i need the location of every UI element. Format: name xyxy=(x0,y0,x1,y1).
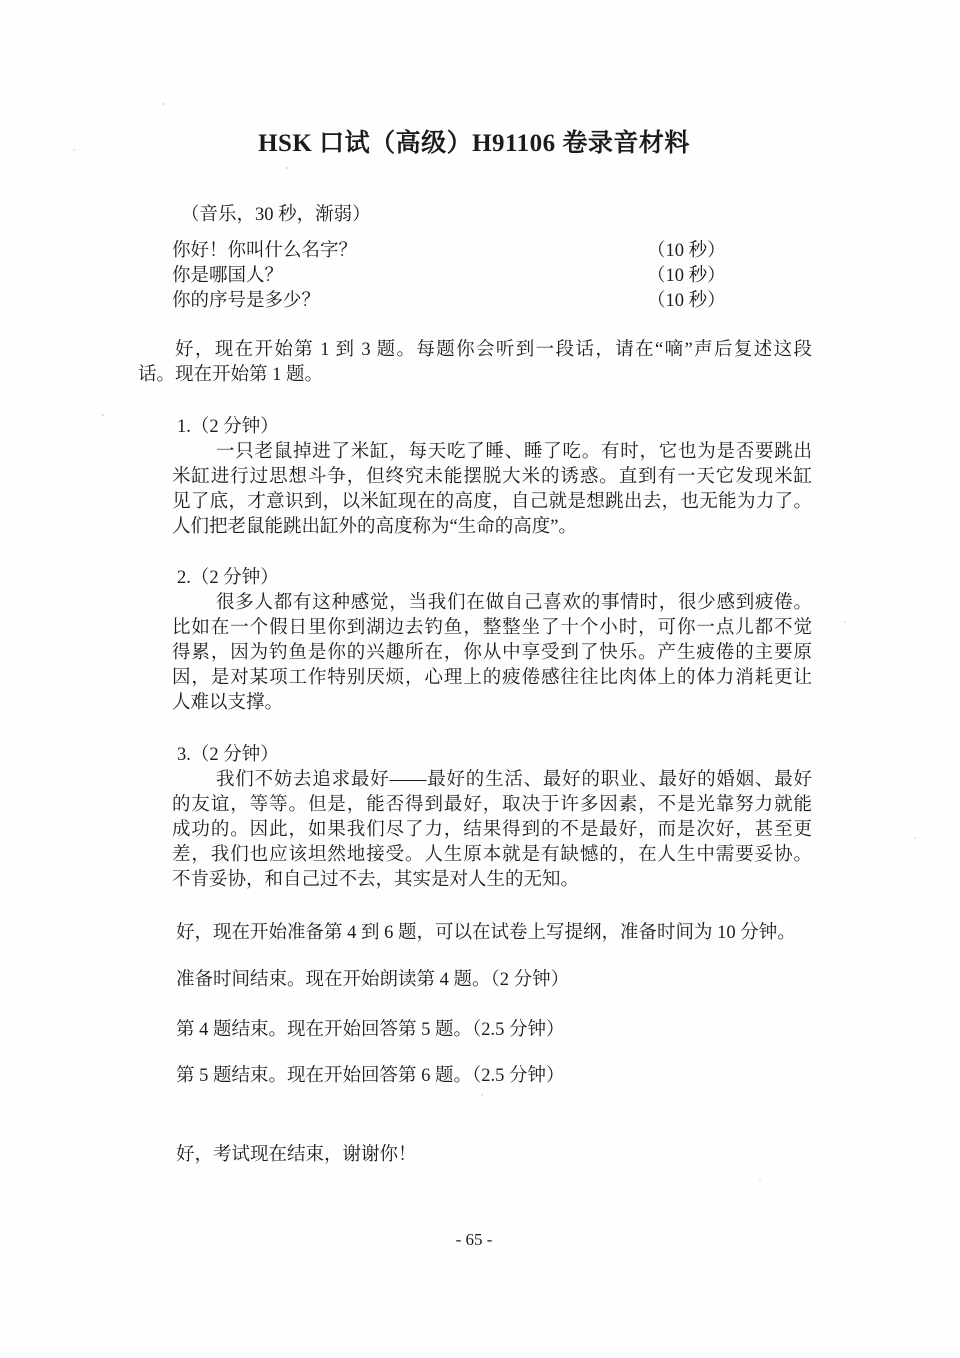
section-3: 3.（2 分钟） 我们不妨去追求最好——最好的生活、最好的职业、最好的婚姻、最好… xyxy=(172,743,812,893)
body-line: 成功的。因此，如果我们尽了力，结果得到的不是最好，而是次好，甚至更 xyxy=(172,818,812,843)
section-1: 1.（2 分钟） 一只老鼠掉进了米缸，每天吃了睡、睡了吃。有时，它也为是否要跳出… xyxy=(172,415,812,540)
question-time: （10 秒） xyxy=(647,289,726,314)
question-text: 你是哪国人？ xyxy=(172,266,283,286)
section-label: 1.（2 分钟） xyxy=(177,415,812,440)
body-line: 我们不妨去追求最好——最好的生活、最好的职业、最好的婚姻、最好 xyxy=(172,768,812,793)
body-line: 米缸进行过思想斗争，但终究未能摆脱大米的诱惑。直到有一天它发现米缸 xyxy=(172,465,812,490)
section-2: 2.（2 分钟） 很多人都有这种感觉，当我们在做自己喜欢的事情时，很少感到疲倦。… xyxy=(172,566,812,716)
body-line: 差，我们也应该坦然地接受。人生原本就是有缺憾的，在人生中需要妥协。 xyxy=(172,843,812,868)
body-line: 的友谊，等等。但是，能否得到最好，取决于许多因素，不是光靠努力就能 xyxy=(172,793,812,818)
body-line: 人难以支撑。 xyxy=(172,691,812,716)
warmup-questions: 你好！你叫什么名字？ （10 秒） 你是哪国人？ （10 秒） 你的序号是多少？… xyxy=(172,239,872,314)
page-number: - 65 - xyxy=(0,1229,948,1251)
warmup-question-row: 你是哪国人？ （10 秒） xyxy=(172,264,872,289)
closing-line: 准备时间结束。现在开始朗读第 4 题。（2 分钟） xyxy=(176,968,569,993)
body-line: 一只老鼠掉进了米缸，每天吃了睡、睡了吃。有时，它也为是否要跳出 xyxy=(172,440,812,465)
closing-line: 第 4 题结束。现在开始回答第 5 题。（2.5 分钟） xyxy=(176,1018,565,1043)
intro-paragraph: 好，现在开始第 1 到 3 题。每题你会听到一段话，请在“嘀”声后复述这段 话。… xyxy=(138,338,812,388)
section-label: 2.（2 分钟） xyxy=(177,566,812,591)
warmup-question-row: 你好！你叫什么名字？ （10 秒） xyxy=(172,239,872,264)
question-time: （10 秒） xyxy=(647,239,726,264)
body-line: 不肯妥协，和自己过不去，其实是对人生的无知。 xyxy=(172,868,812,893)
body-line: 见了底，才意识到，以米缸现在的高度，自己就是想跳出去，也无能为力了。 xyxy=(172,490,812,515)
intro-line: 好，现在开始第 1 到 3 题。每题你会听到一段话，请在“嘀”声后复述这段 xyxy=(138,338,812,363)
scanned-document-page: HSK 口试（高级）H91106 卷录音材料 （音乐，30 秒，渐弱） 你好！你… xyxy=(0,0,960,1358)
music-cue: （音乐，30 秒，渐弱） xyxy=(181,203,371,228)
question-time: （10 秒） xyxy=(647,264,726,289)
question-text: 你的序号是多少？ xyxy=(172,291,320,311)
intro-line: 话。现在开始第 1 题。 xyxy=(138,363,812,388)
closing-line: 第 5 题结束。现在开始回答第 6 题。（2.5 分钟） xyxy=(176,1064,565,1089)
body-line: 因，是对某项工作特别厌烦，心理上的疲倦感往往比肉体上的体力消耗更让 xyxy=(172,666,812,691)
closing-line: 好，现在开始准备第 4 到 6 题，可以在试卷上写提纲，准备时间为 10 分钟。 xyxy=(176,921,796,946)
closing-line: 好，考试现在结束，谢谢你！ xyxy=(176,1143,417,1168)
warmup-question-row: 你的序号是多少？ （10 秒） xyxy=(172,289,872,314)
document-title: HSK 口试（高级）H91106 卷录音材料 xyxy=(0,128,948,160)
body-line: 比如在一个假日里你到湖边去钓鱼，整整坐了十个小时，可你一点儿都不觉 xyxy=(172,616,812,641)
body-line: 很多人都有这种感觉，当我们在做自己喜欢的事情时，很少感到疲倦。 xyxy=(172,591,812,616)
section-label: 3.（2 分钟） xyxy=(177,743,812,768)
body-line: 人们把老鼠能跳出缸外的高度称为“生命的高度”。 xyxy=(172,515,812,540)
body-line: 得累，因为钓鱼是你的兴趣所在，你从中享受到了快乐。产生疲倦的主要原 xyxy=(172,641,812,666)
question-text: 你好！你叫什么名字？ xyxy=(172,241,357,261)
